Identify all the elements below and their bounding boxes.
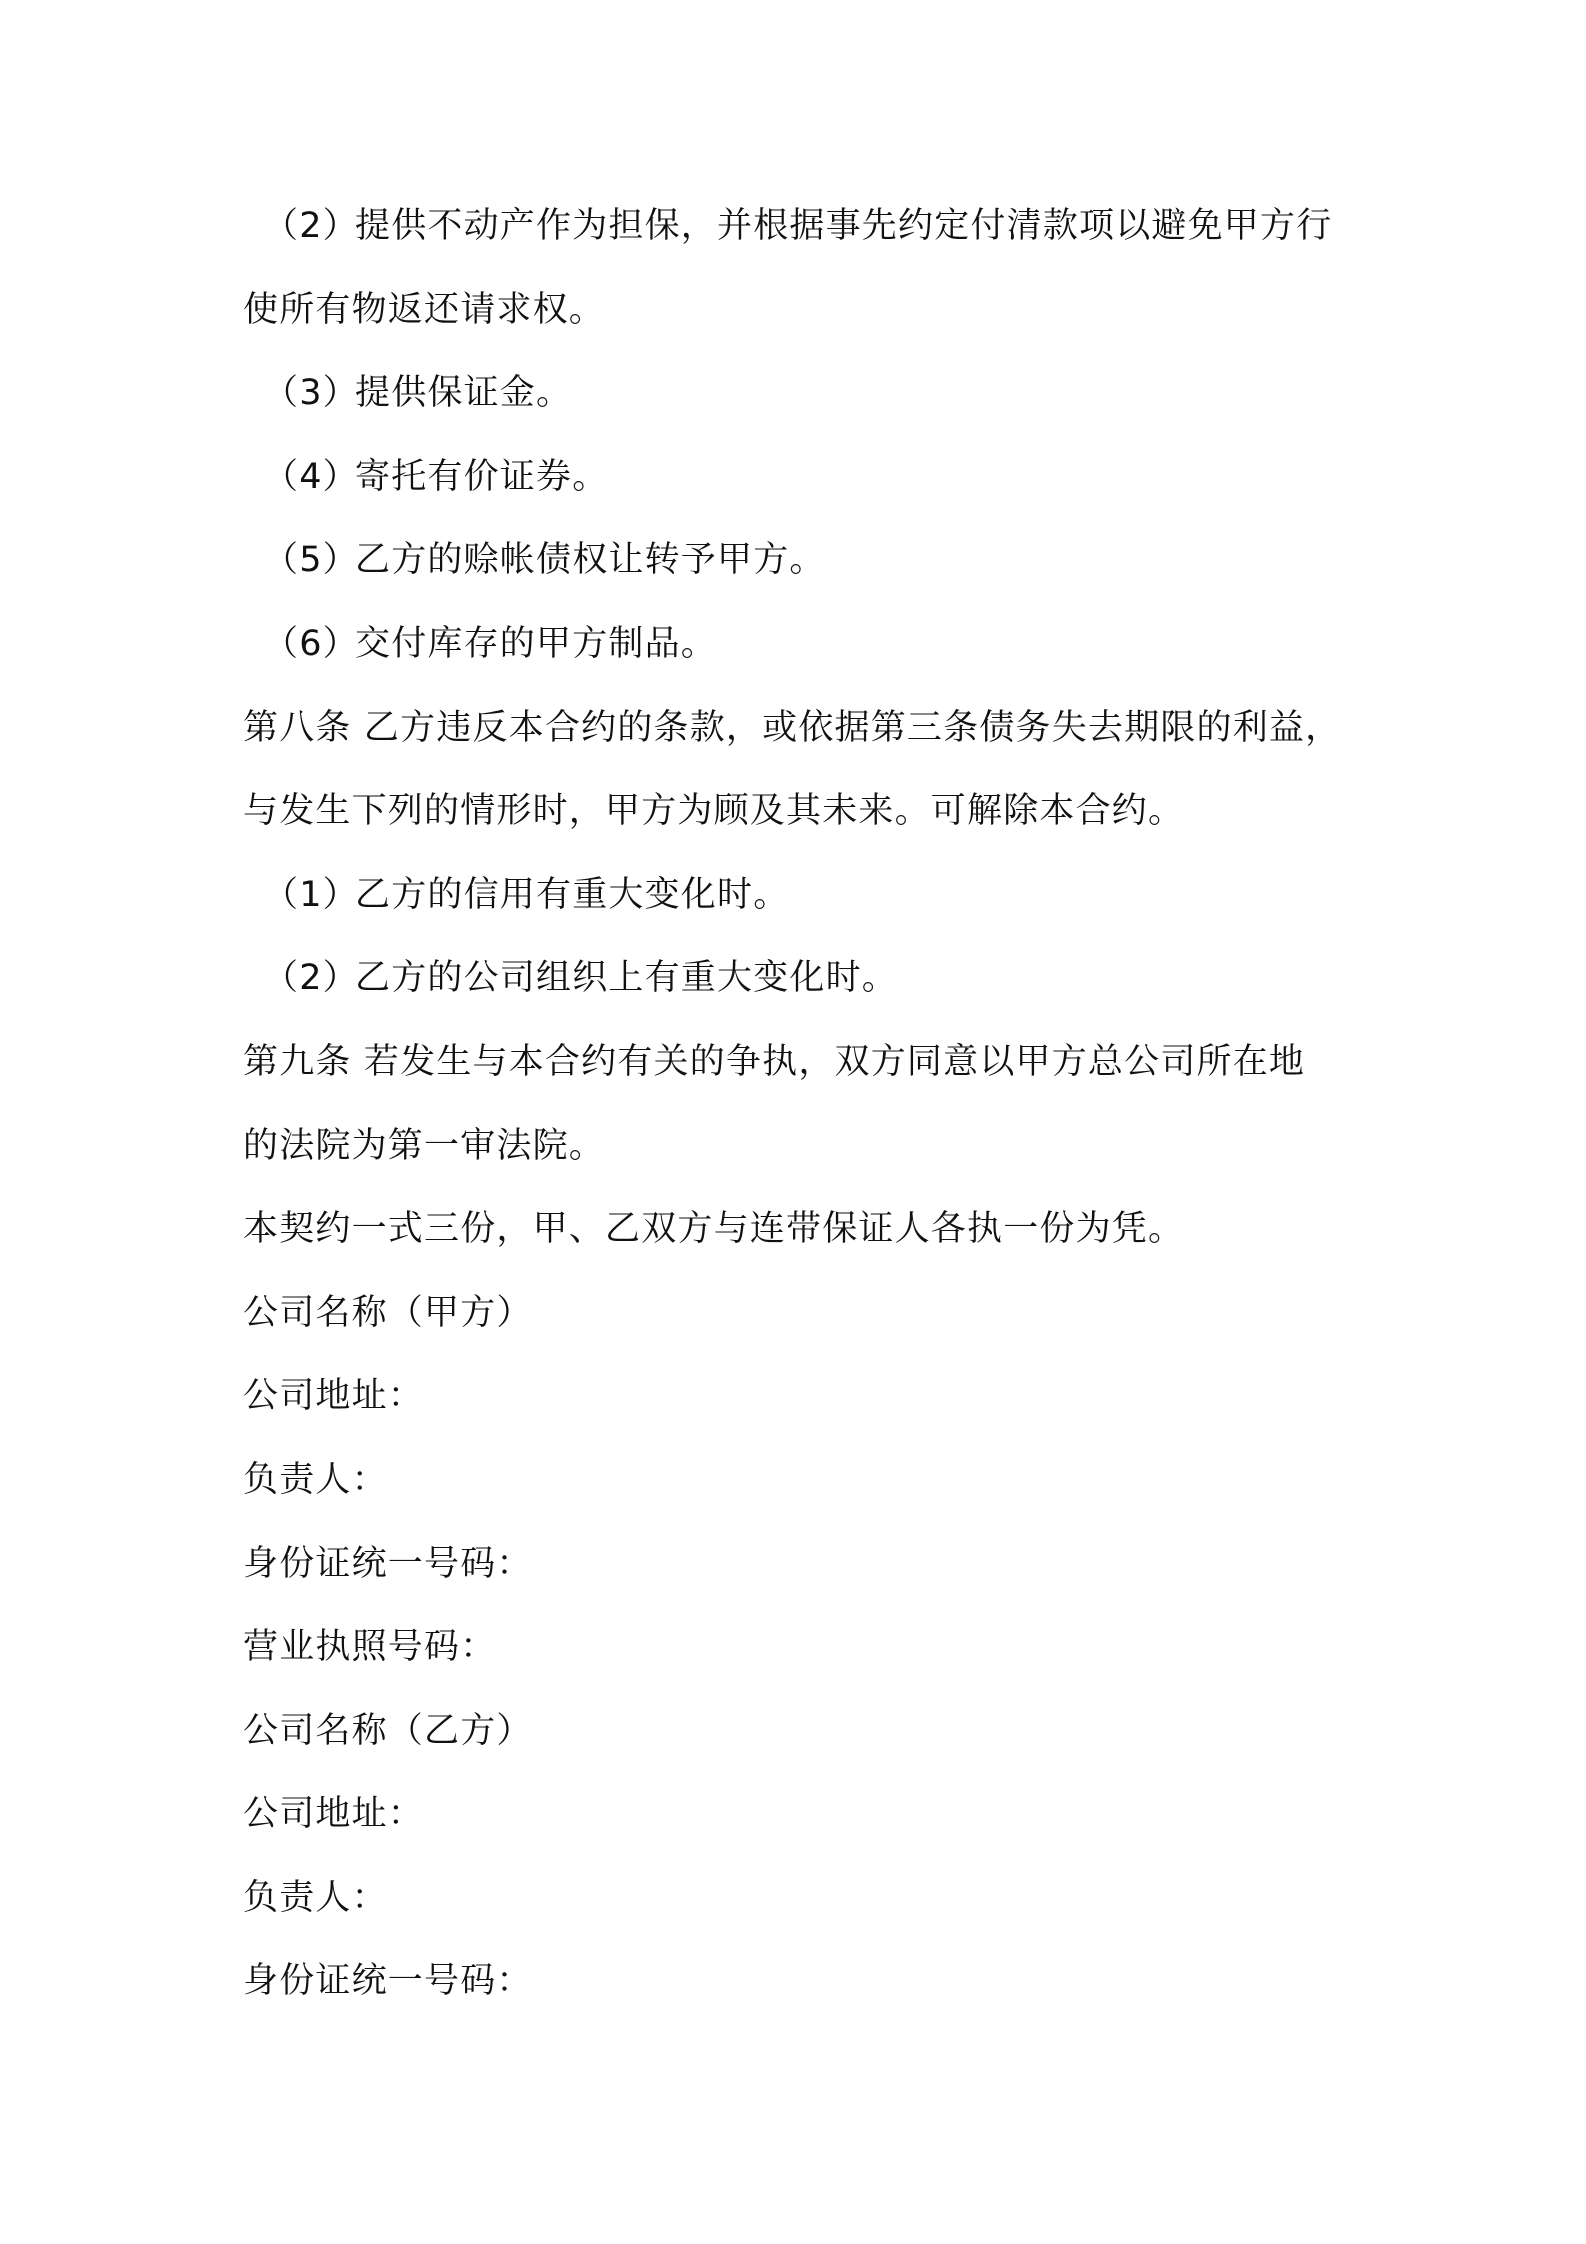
party-b-id-number-field: 身份证统一号码： — [243, 1940, 1363, 2024]
field-label: 身份证统一号码： — [243, 1544, 533, 1584]
list-item-credit-change: （1）乙方的信用有重大变化时。 — [243, 854, 1363, 938]
field-label: 身份证统一号码： — [243, 1961, 533, 2001]
clause-text: 第八条 乙方违反本合约的条款，或依据第三条债务失去期限的利益， — [243, 708, 1341, 748]
party-a-address-field: 公司地址： — [243, 1355, 1363, 1439]
party-a-representative-field: 负责人： — [243, 1439, 1363, 1523]
clause-9-line-2: 的法院为第一审法院。 — [243, 1105, 1363, 1189]
list-item-receivables: （5）乙方的赊帐债权让转予甲方。 — [243, 519, 1363, 603]
clause-8-line-1: 第八条 乙方违反本合约的条款，或依据第三条债务失去期限的利益， — [243, 687, 1363, 771]
contract-body: （2）提供不动产作为担保，并根据事先约定付清款项以避免甲方行 使所有物返还请求权… — [243, 185, 1363, 2024]
list-item-number: （2） — [263, 185, 355, 269]
party-title-text: 公司名称（甲方） — [243, 1293, 533, 1333]
list-item-guarantee-real-estate: （2）提供不动产作为担保，并根据事先约定付清款项以避免甲方行 — [243, 185, 1363, 269]
list-item-inventory: （6）交付库存的甲方制品。 — [243, 603, 1363, 687]
list-item-text: 提供保证金。 — [355, 373, 572, 413]
list-item-text: 使所有物返还请求权。 — [243, 290, 605, 330]
list-item-continuation: 使所有物返还请求权。 — [243, 269, 1363, 353]
field-label: 公司地址： — [243, 1794, 424, 1834]
party-a-business-license-field: 营业执照号码： — [243, 1606, 1363, 1690]
list-item-number: （1） — [263, 854, 355, 938]
clause-text: 第九条 若发生与本合约有关的争执，双方同意以甲方总公司所在地 — [243, 1042, 1305, 1082]
party-a-id-number-field: 身份证统一号码： — [243, 1523, 1363, 1607]
party-b-title: 公司名称（乙方） — [243, 1690, 1363, 1774]
party-b-address-field: 公司地址： — [243, 1773, 1363, 1857]
list-item-number: （5） — [263, 519, 355, 603]
list-item-deposit: （3）提供保证金。 — [243, 352, 1363, 436]
clause-text: 的法院为第一审法院。 — [243, 1126, 605, 1166]
list-item-securities: （4）寄托有价证券。 — [243, 436, 1363, 520]
list-item-text: 提供不动产作为担保，并根据事先约定付清款项以避免甲方行 — [355, 206, 1332, 246]
list-item-text: 乙方的赊帐债权让转予甲方。 — [355, 540, 826, 580]
list-item-text: 寄托有价证券。 — [355, 457, 608, 497]
field-label: 负责人： — [243, 1878, 388, 1918]
list-item-text: 交付库存的甲方制品。 — [355, 624, 717, 664]
field-label: 营业执照号码： — [243, 1627, 496, 1667]
list-item-number: （6） — [263, 603, 355, 687]
party-a-title: 公司名称（甲方） — [243, 1272, 1363, 1356]
list-item-number: （2） — [263, 937, 355, 1021]
list-item-number: （4） — [263, 436, 355, 520]
clause-text: 与发生下列的情形时，甲方为顾及其未来。可解除本合约。 — [243, 791, 1184, 831]
statement-text: 本契约一式三份，甲、乙双方与连带保证人各执一份为凭。 — [243, 1209, 1184, 1249]
list-item-text: 乙方的信用有重大变化时。 — [355, 875, 789, 915]
list-item-organization-change: （2）乙方的公司组织上有重大变化时。 — [243, 937, 1363, 1021]
field-label: 公司地址： — [243, 1376, 424, 1416]
document-page: （2）提供不动产作为担保，并根据事先约定付清款项以避免甲方行 使所有物返还请求权… — [0, 0, 1586, 2244]
party-title-text: 公司名称（乙方） — [243, 1711, 533, 1751]
clause-9-line-1: 第九条 若发生与本合约有关的争执，双方同意以甲方总公司所在地 — [243, 1021, 1363, 1105]
list-item-text: 乙方的公司组织上有重大变化时。 — [355, 958, 898, 998]
list-item-number: （3） — [263, 352, 355, 436]
copies-statement: 本契约一式三份，甲、乙双方与连带保证人各执一份为凭。 — [243, 1188, 1363, 1272]
field-label: 负责人： — [243, 1460, 388, 1500]
clause-8-line-2: 与发生下列的情形时，甲方为顾及其未来。可解除本合约。 — [243, 770, 1363, 854]
party-b-representative-field: 负责人： — [243, 1857, 1363, 1941]
